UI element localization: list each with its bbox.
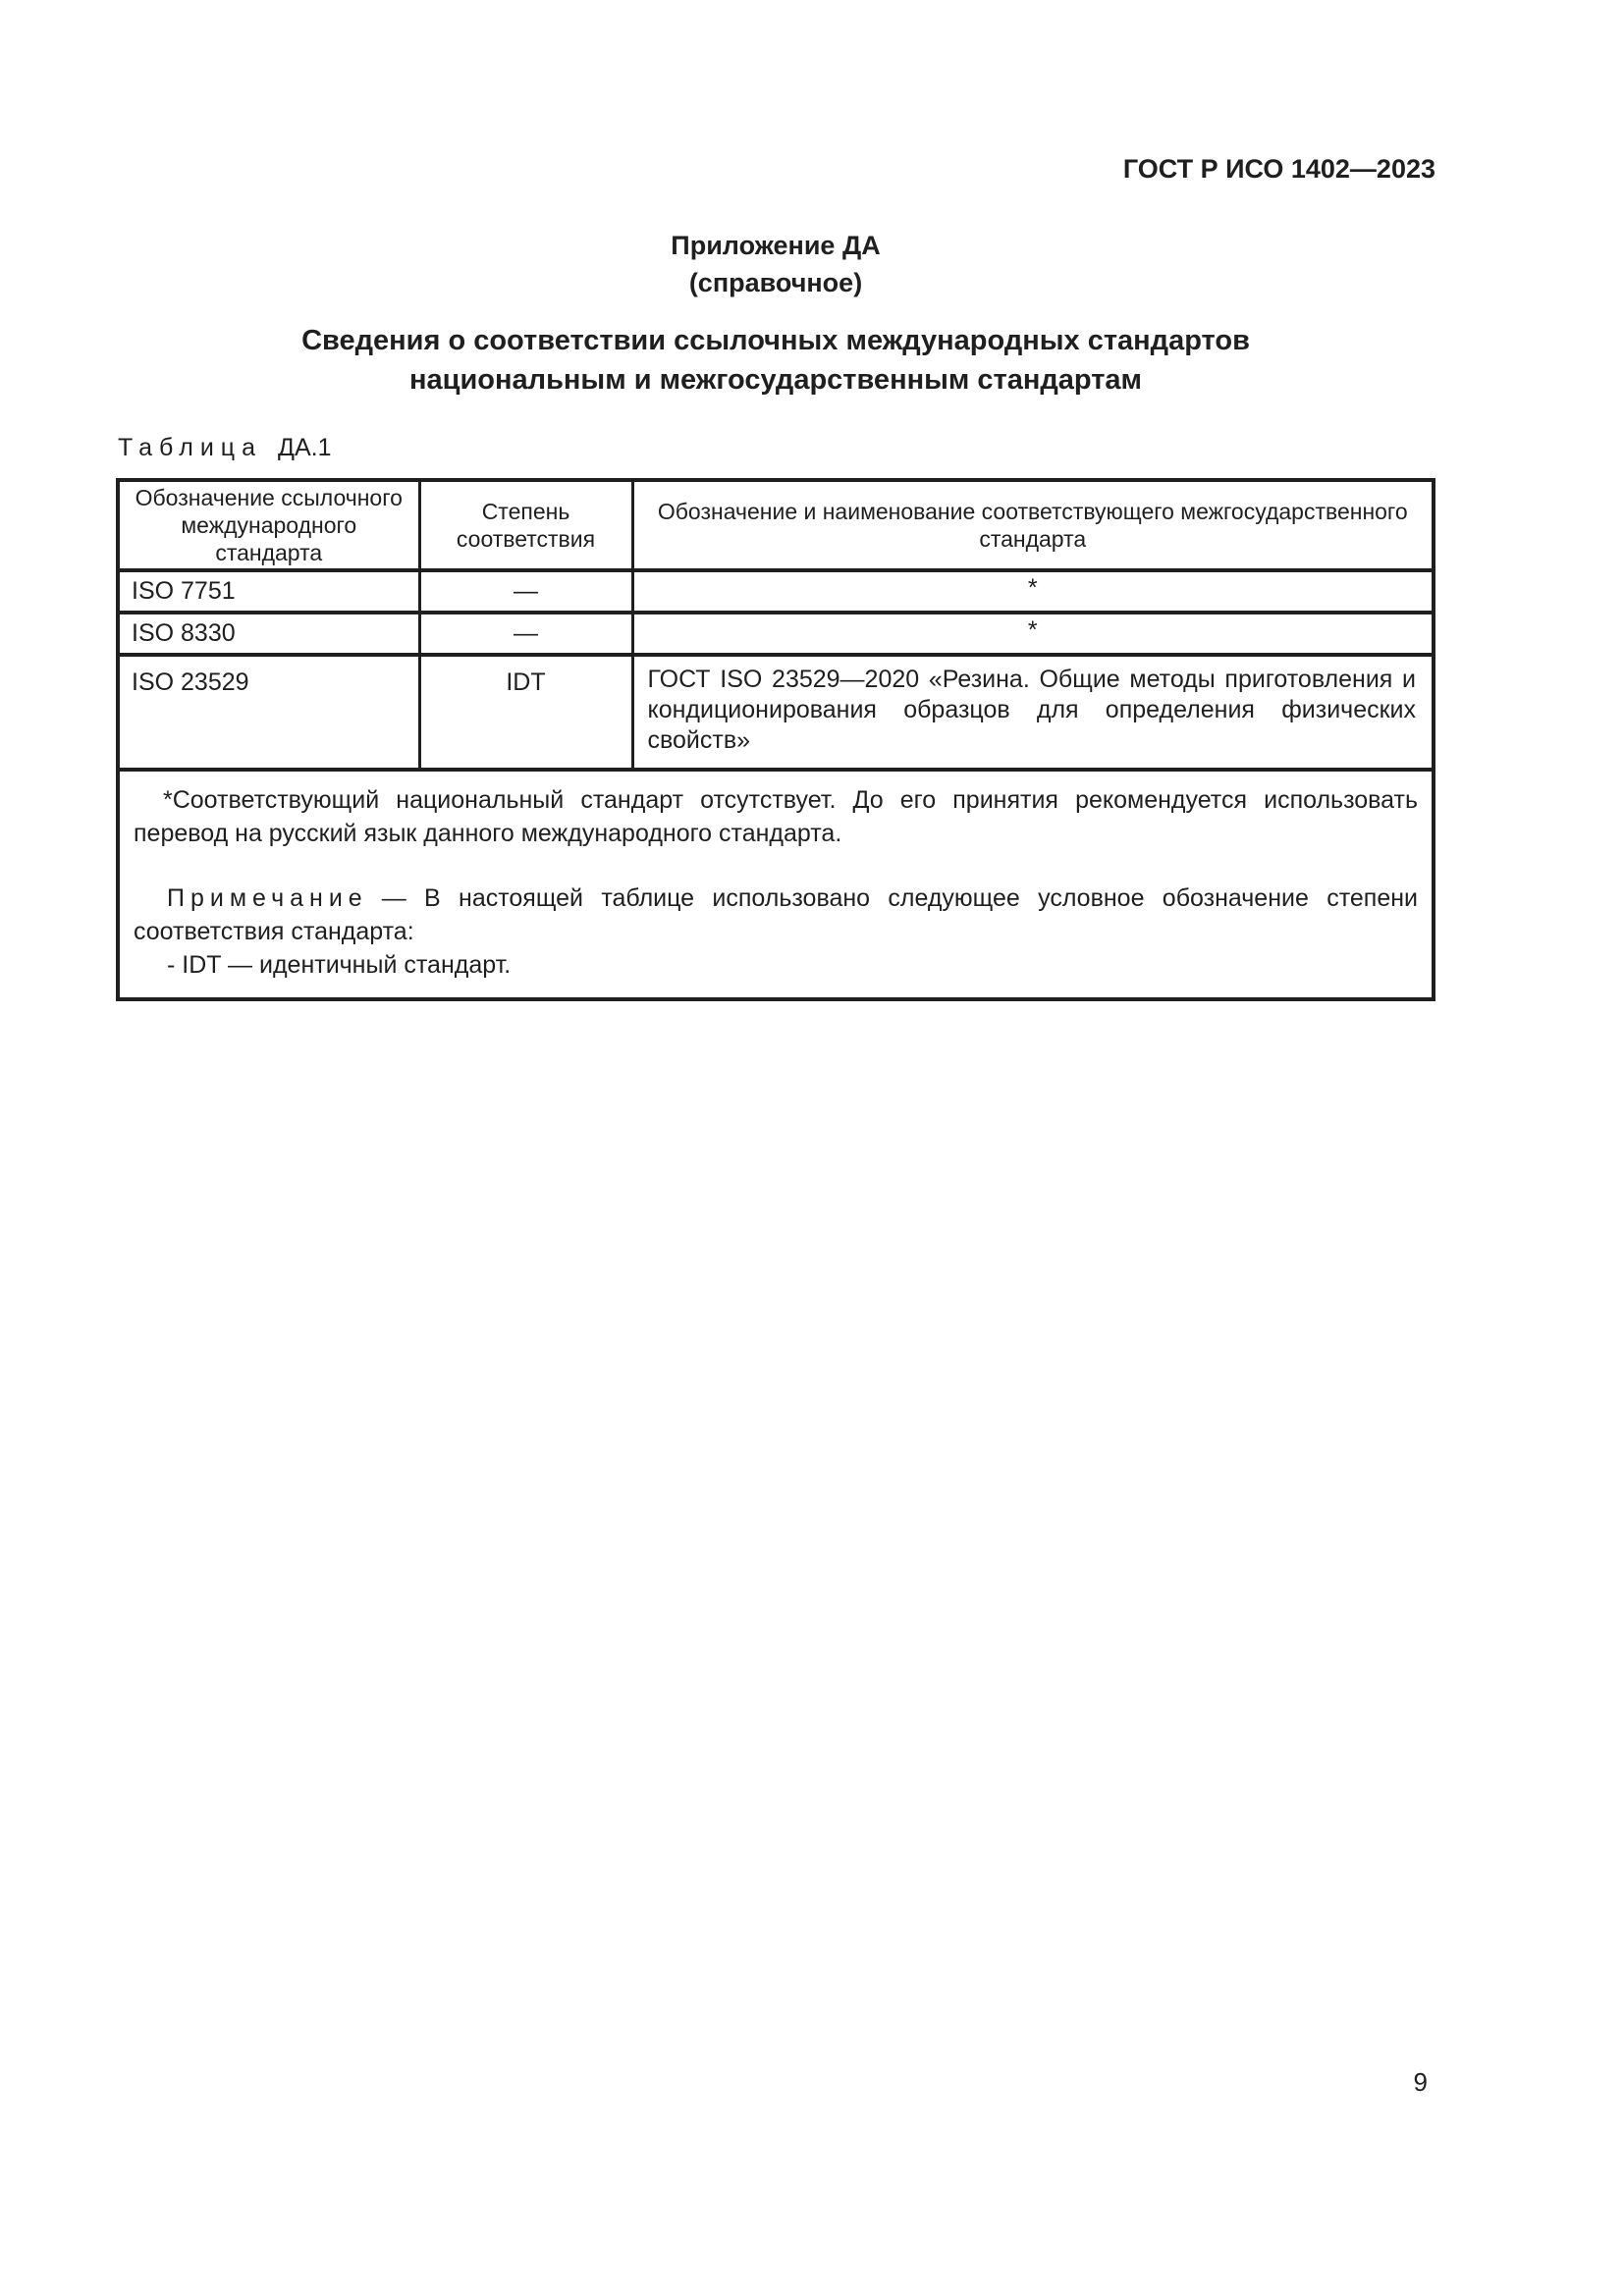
table-caption-number: ДА.1 (278, 434, 331, 461)
appendix-heading: Приложение ДА (справочное) (116, 227, 1435, 301)
table-row: ISO 23529 IDT ГОСТ ISO 23529—2020 «Резин… (118, 655, 1434, 770)
page-content: ГОСТ Р ИСО 1402—2023 Приложение ДА (спра… (116, 0, 1435, 2296)
table-row: ISO 8330 — * (118, 613, 1434, 655)
cell-degree: IDT (419, 655, 632, 770)
column-header-reference-standard: Обозначение ссылочного международного ст… (118, 480, 419, 570)
column-header-degree: Степень соответствия (419, 480, 632, 570)
cell-correspondence: * (632, 570, 1434, 613)
page-title: Сведения о соответствии ссылочных междун… (116, 321, 1435, 400)
table-header-row: Обозначение ссылочного международного ст… (118, 480, 1434, 570)
table-note: Примечание— В настоящей таблице использо… (134, 881, 1418, 948)
cell-correspondence: ГОСТ ISO 23529—2020 «Резина. Общие метод… (632, 655, 1434, 770)
correspondence-table: Обозначение ссылочного международного ст… (116, 478, 1435, 1001)
column-header-corresponding-standard: Обозначение и наименование соответствующ… (632, 480, 1434, 570)
appendix-kind: (справочное) (116, 264, 1435, 301)
appendix-label: Приложение ДА (116, 227, 1435, 264)
table-footnote-cell: *Соответствующий национальный стандарт о… (118, 770, 1434, 999)
cell-standard: ISO 7751 (118, 570, 419, 613)
page-title-line2: национальным и межгосударственным станда… (409, 364, 1142, 396)
table-caption-word: Таблица (118, 434, 262, 461)
document-code: ГОСТ Р ИСО 1402—2023 (1123, 154, 1435, 185)
table-footnote: *Соответствующий национальный стандарт о… (134, 783, 1418, 850)
table-row: ISO 7751 — * (118, 570, 1434, 613)
cell-standard: ISO 8330 (118, 613, 419, 655)
table-footnote-row: *Соответствующий национальный стандарт о… (118, 770, 1434, 999)
document-page: ГОСТ Р ИСО 1402—2023 Приложение ДА (спра… (0, 0, 1624, 2296)
page-title-line1: Сведения о соответствии ссылочных междун… (301, 325, 1250, 356)
cell-standard: ISO 23529 (118, 655, 419, 770)
cell-degree: — (419, 613, 632, 655)
note-item-idt: - IDT — идентичный стандарт. (134, 948, 1418, 982)
cell-correspondence: * (632, 613, 1434, 655)
table-caption: ТаблицаДА.1 (118, 434, 332, 462)
cell-degree: — (419, 570, 632, 613)
note-label: Примечание (167, 884, 368, 912)
page-number: 9 (1414, 2067, 1428, 2098)
